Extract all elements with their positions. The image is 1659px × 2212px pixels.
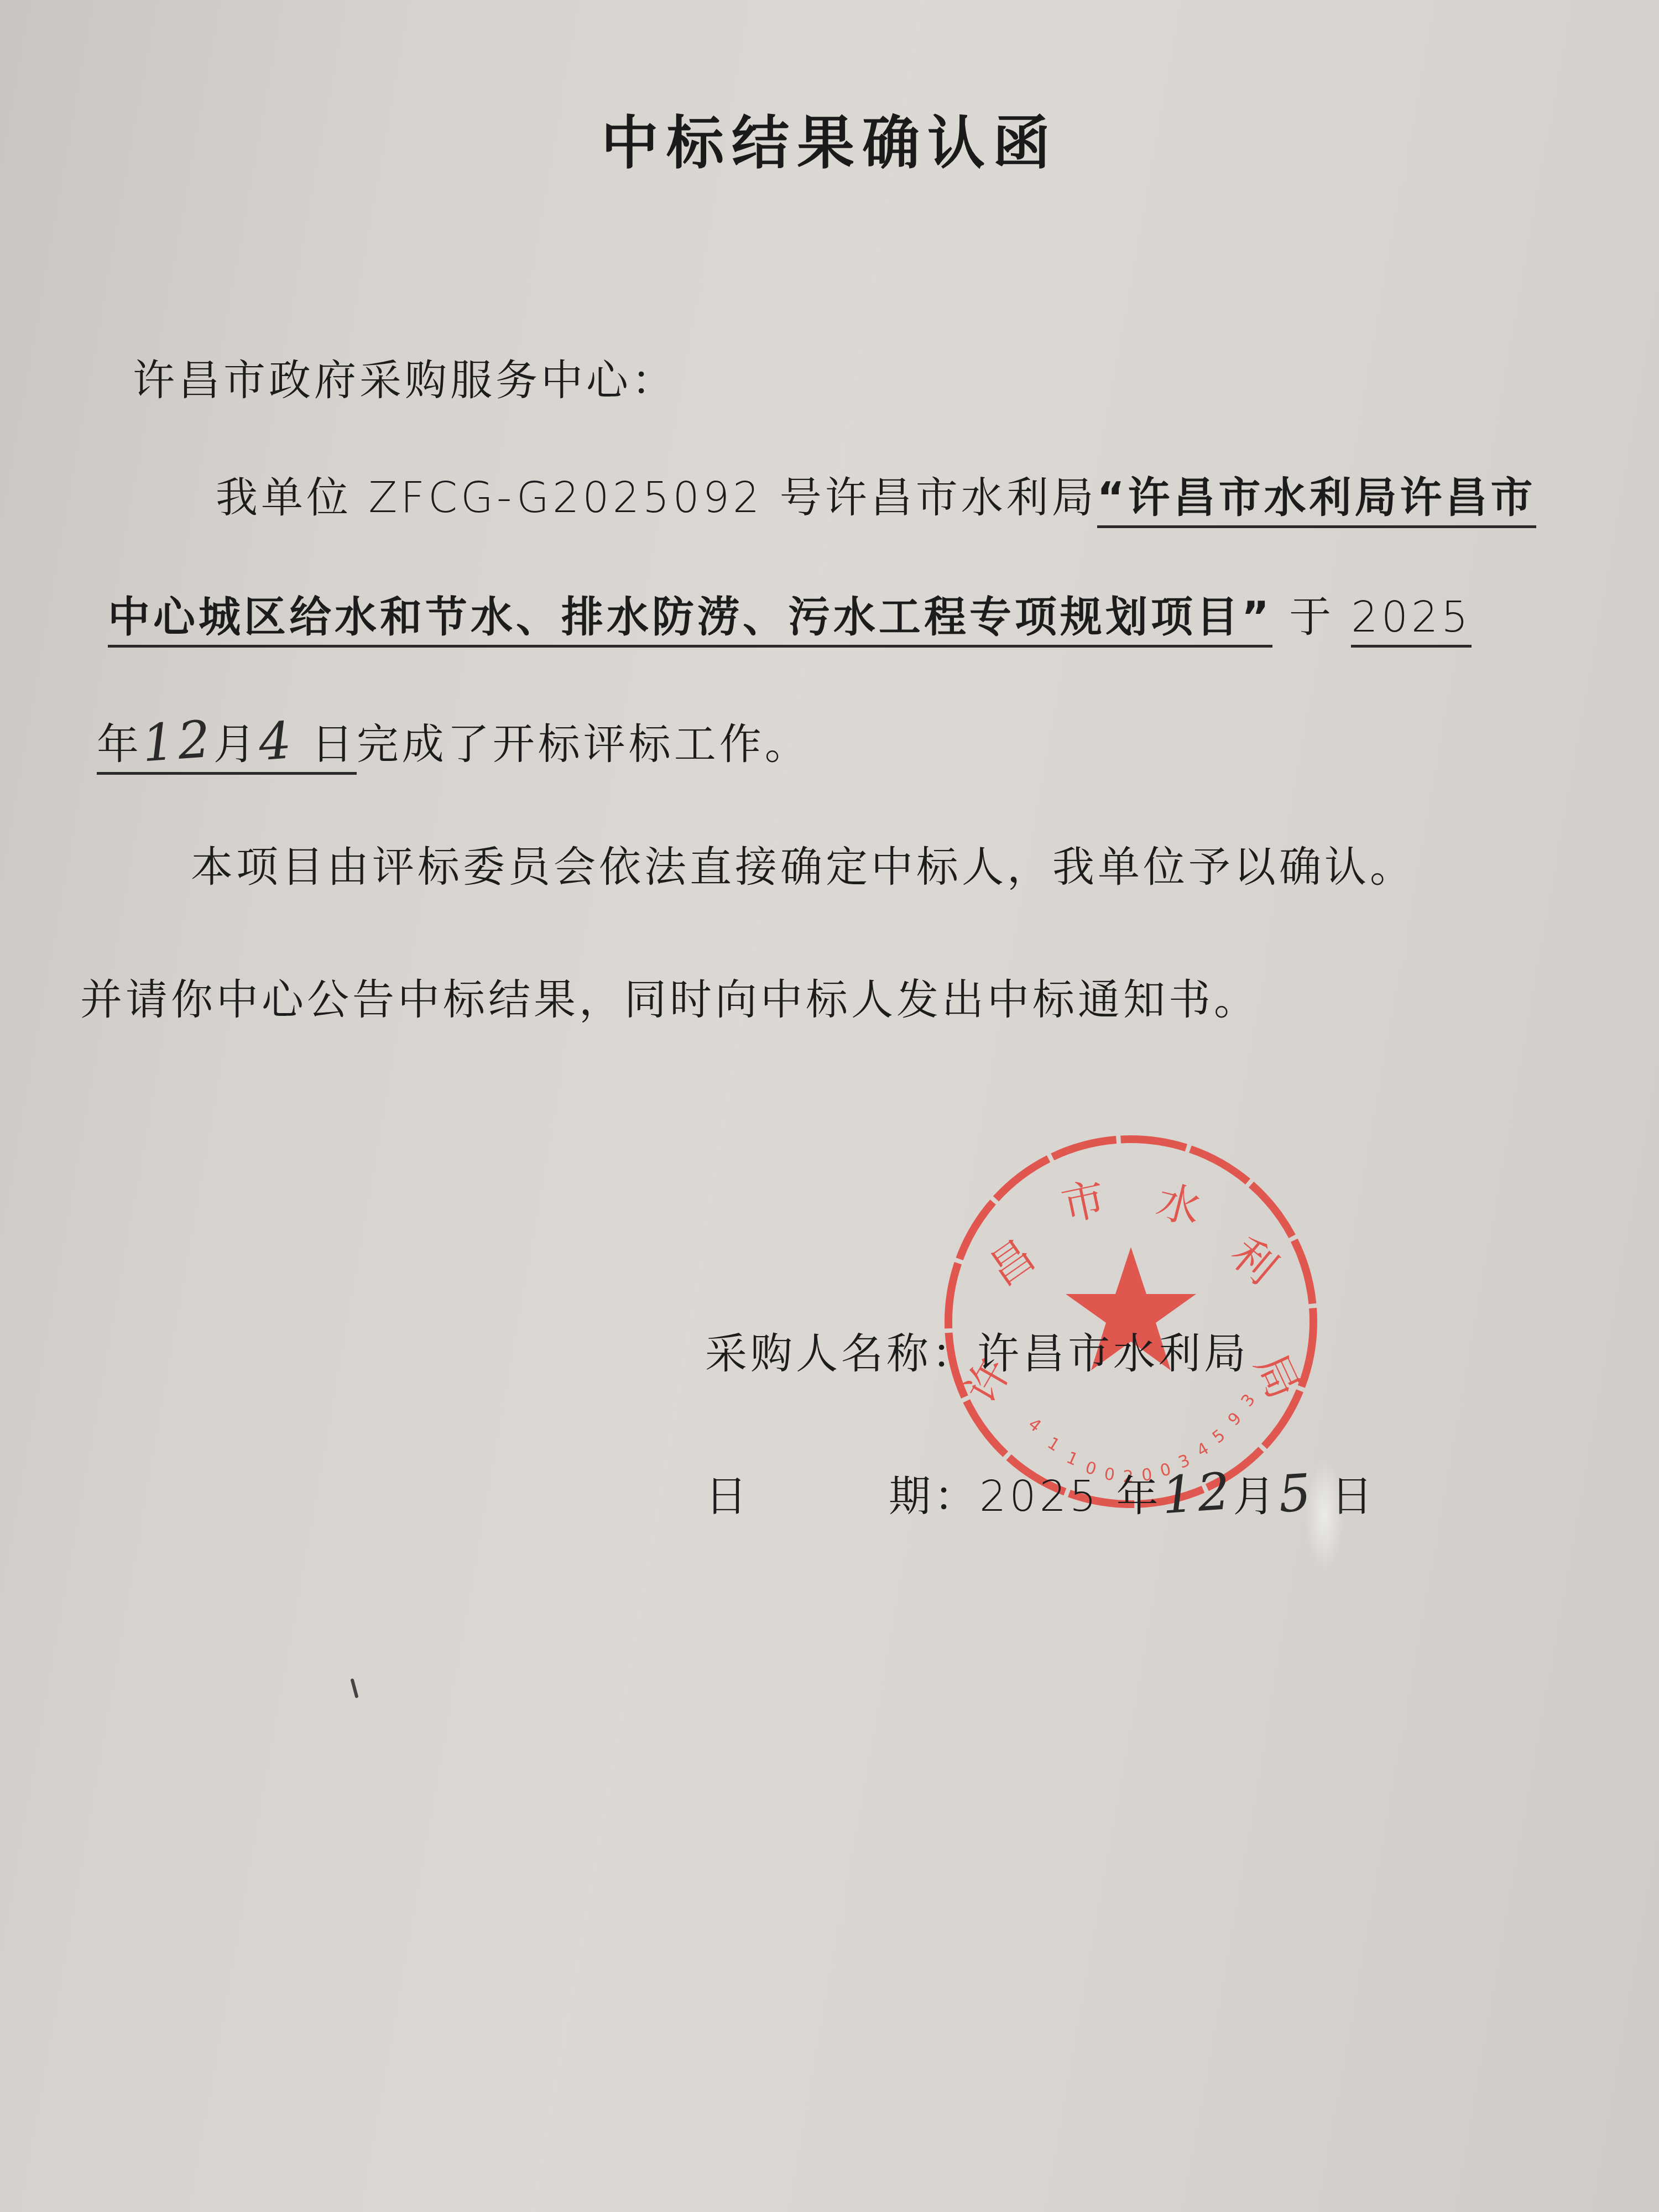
- paragraph1-prefix: 我单位 ZFCG-G2025092 号许昌市水利局: [216, 473, 1097, 522]
- signed-year: 2025: [979, 1472, 1099, 1521]
- handwritten-month: 12: [140, 714, 215, 770]
- seal-graphic: 许 昌 市 水 利 局 4 1 1 0 0 2 0 0 3 4 5 9 3: [937, 1128, 1324, 1515]
- completion-year: 2025: [1351, 592, 1471, 648]
- svg-text:利: 利: [1221, 1228, 1286, 1294]
- svg-text:3: 3: [1238, 1390, 1260, 1410]
- project-name-part2: 中心城区给水和节水、排水防涝、污水工程专项规划项目”: [108, 592, 1272, 648]
- purchaser-line: 采购人名称：许昌市水利局: [705, 1333, 1249, 1375]
- project-name-part1: “许昌市水利局许昌市: [1097, 473, 1536, 528]
- month-suffix: 月: [213, 719, 259, 769]
- paragraph2-line2: 并请你中心公告中标结果，同时向中标人发出中标通知书。: [80, 979, 1259, 1021]
- svg-text:1: 1: [1044, 1433, 1063, 1455]
- svg-text:4: 4: [1025, 1415, 1045, 1436]
- paragraph1-line1: 我单位 ZFCG-G2025092 号许昌市水利局“许昌市水利局许昌市: [216, 477, 1536, 519]
- completion-date: 年12月4 日: [97, 719, 357, 775]
- date-line: 日期：2025 年12月5 日: [705, 1468, 1376, 1519]
- paragraph2-line1: 本项目由评标委员会依法直接确定中标人，我单位予以确认。: [191, 846, 1415, 888]
- official-seal: 许 昌 市 水 利 局 4 1 1 0 0 2 0 0 3 4 5 9 3: [937, 1128, 1324, 1515]
- paragraph1-line2: 中心城区给水和节水、排水防涝、污水工程专项规划项目” 于 2025: [108, 596, 1472, 638]
- svg-text:5: 5: [1209, 1426, 1229, 1447]
- svg-text:昌: 昌: [980, 1230, 1044, 1295]
- handwritten-day: 4: [257, 715, 296, 768]
- paper-smudge: [1305, 1460, 1344, 1571]
- svg-text:市: 市: [1057, 1173, 1110, 1231]
- date-label-char1: 日: [705, 1472, 750, 1521]
- document-title: 中标结果确认函: [0, 97, 1659, 180]
- date-label-char2: 期：: [889, 1472, 979, 1521]
- ink-speck: [350, 1678, 358, 1698]
- signed-month-handwritten: 12: [1160, 1466, 1235, 1522]
- year-suffix: 年: [97, 719, 142, 769]
- day-suffix: 日: [311, 719, 357, 769]
- purchaser-label: 采购人名称：: [705, 1329, 977, 1378]
- paragraph1-line3: 年12月4 日完成了开标评标工作。: [97, 716, 810, 767]
- salutation: 许昌市政府采购服务中心：: [133, 359, 677, 401]
- svg-text:4: 4: [1193, 1439, 1212, 1461]
- connector-text: 于: [1289, 592, 1334, 641]
- svg-text:1: 1: [1063, 1448, 1081, 1470]
- signed-year-suffix: 年: [1117, 1472, 1162, 1521]
- svg-text:9: 9: [1224, 1408, 1245, 1430]
- svg-text:水: 水: [1152, 1176, 1206, 1235]
- signed-month-suffix: 月: [1233, 1472, 1279, 1521]
- paragraph1-tail: 完成了开标评标工作。: [357, 719, 810, 769]
- purchaser-name: 许昌市水利局: [977, 1329, 1249, 1378]
